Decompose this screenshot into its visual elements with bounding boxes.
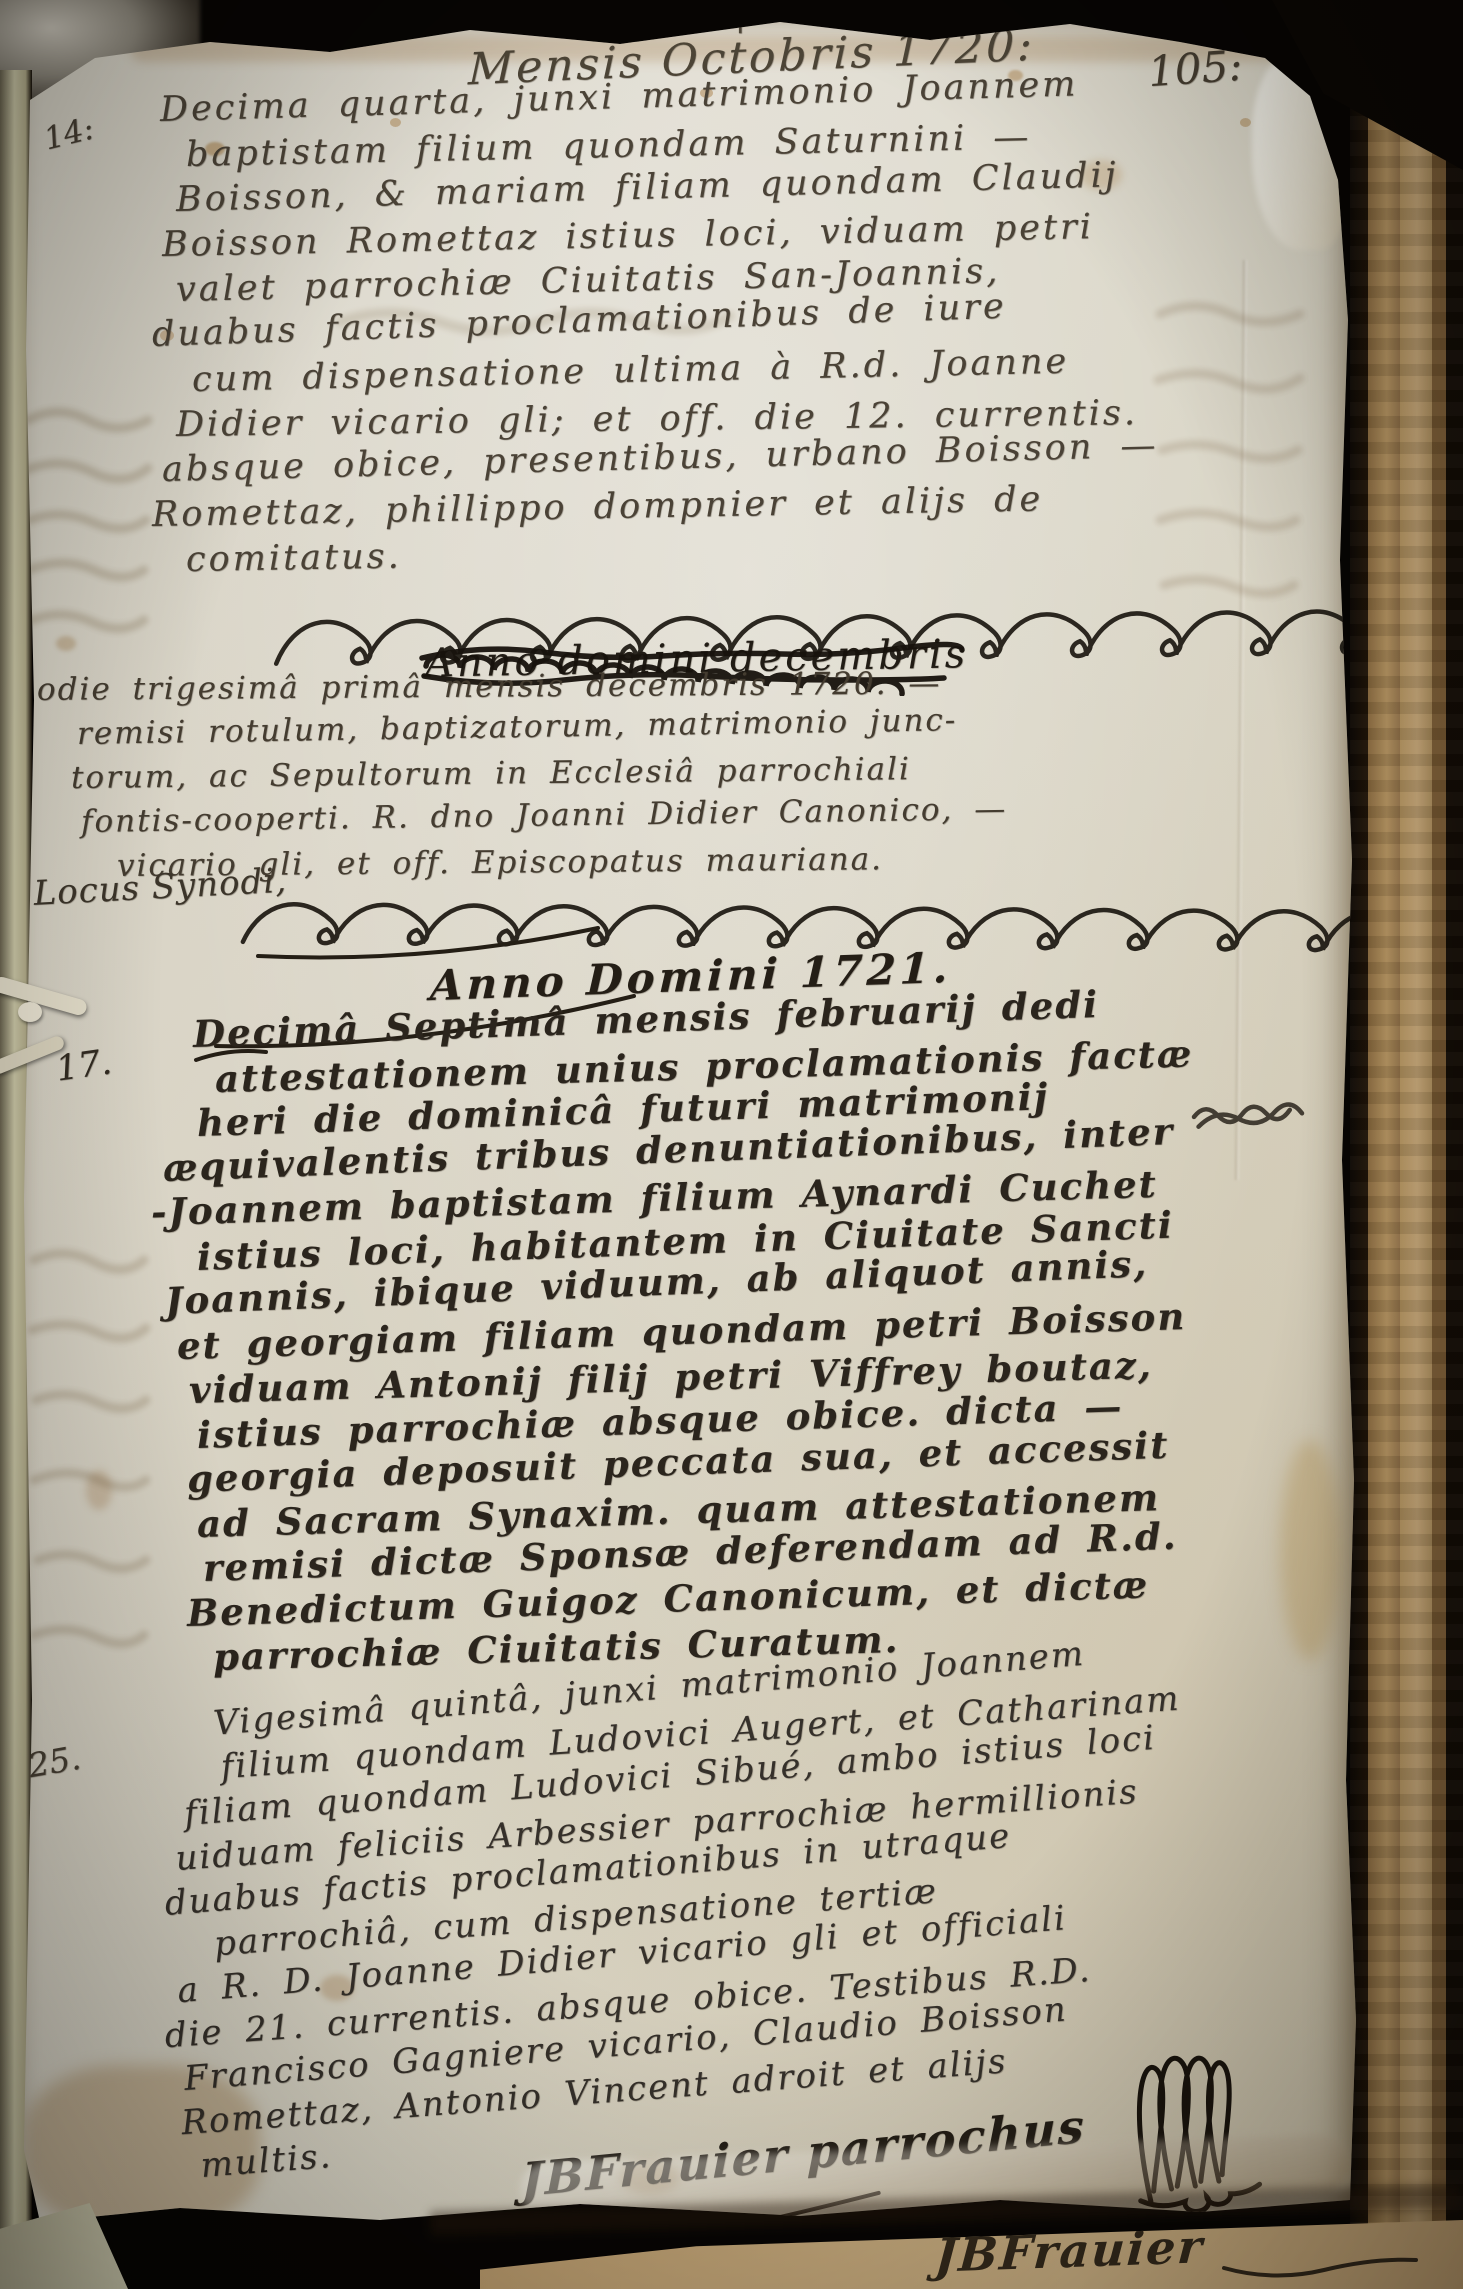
next-page-signature: JBFrauier (933, 2219, 1206, 2283)
stain (1280, 1440, 1340, 1660)
margin-day-25: 25. (25, 1738, 83, 1786)
note-1720: hodie trigesimâ primâ mensis decembris 1… (15, 668, 941, 888)
margin-day-14: 14: (40, 110, 97, 157)
page-edge-texture (1350, 0, 1463, 2289)
margin-day-17: 17. (53, 1042, 114, 1089)
next-page-edge: JBFrauier (480, 2220, 1463, 2289)
paper-page: + Mensis Octobris 1720: 105: 14: Decima … (0, 0, 1360, 2289)
binding-string-knot (18, 1002, 42, 1022)
manuscript-photo: + Mensis Octobris 1720: 105: 14: Decima … (0, 0, 1463, 2289)
pen-flourish (1220, 2248, 1420, 2284)
stain (1240, 118, 1251, 127)
strikethrough-scribble (1189, 1089, 1311, 1141)
entry-17: Decimâ Septimâ mensis februarij dedi att… (185, 1012, 1197, 1680)
ghost-writing (24, 1240, 154, 1670)
entry-14: Decima quarta, junxi matrimonio Joannem … (150, 88, 1147, 583)
page-number: 105: (1146, 41, 1244, 96)
ghost-writing (18, 400, 158, 670)
